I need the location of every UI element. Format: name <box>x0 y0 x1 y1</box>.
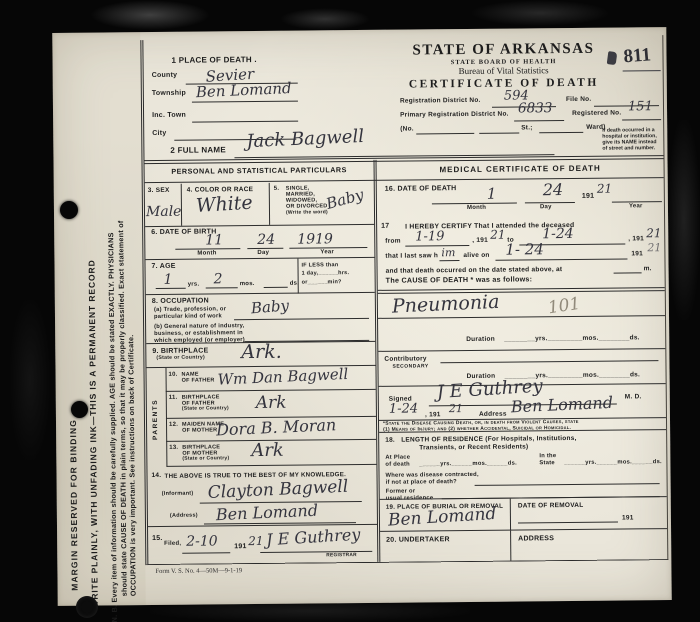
hospital-note: If death occurred in a hospital or insti… <box>602 127 662 152</box>
birthplace-value: Ark. <box>241 341 282 363</box>
file-no-label: File No. <box>566 96 592 104</box>
dob-month-caption: Month <box>197 250 216 257</box>
row-date-of-death: 16. DATE OF DEATH 1 24 191 21 Month Day … <box>377 179 664 220</box>
sign-year-script: 21 <box>449 402 463 415</box>
form-header: 1 PLACE OF DEATH . County Sevier Townshi… <box>143 35 663 160</box>
address-label: Address <box>479 411 507 419</box>
pencil-annotation: 101 <box>547 294 582 319</box>
age-mos-caption: mos. <box>240 281 255 288</box>
marital-hint: (Write the word) <box>286 210 328 216</box>
background-smudge <box>668 120 700 320</box>
father-name-line2: OF FATHER <box>182 377 215 384</box>
inc-town-label: Inc. Town <box>152 112 186 120</box>
hole-punch <box>60 201 78 219</box>
burial-divider <box>510 499 511 531</box>
row-mother-birthplace: 13. BIRTHPLACE OF MOTHER (State or Count… <box>166 440 376 467</box>
age-mos-line <box>206 287 238 288</box>
hole-punch <box>76 596 98 618</box>
from-year-script: 21 <box>490 228 505 242</box>
at-place-line2: of death <box>385 462 410 469</box>
removal-date-line <box>518 522 618 524</box>
background-smudge <box>90 0 210 30</box>
sex-label: 3. SEX <box>148 187 170 195</box>
background-smudge <box>470 0 610 26</box>
residence-label2: Transients, or Recent Residents) <box>419 443 528 452</box>
township-label: Township <box>152 90 186 98</box>
mother-bp-value: Ark <box>251 440 284 461</box>
township-line <box>192 101 298 103</box>
background-smudge <box>280 8 370 30</box>
alive-value: 1- 24 <box>505 240 544 258</box>
full-name-label: 2 FULL NAME <box>170 145 226 155</box>
form-number-line: Form V. S. No. 4—50M—9-1-19 <box>155 567 242 575</box>
binding-margin: MARGIN RESERVED FOR BINDING WRITE PLAINL… <box>52 32 145 606</box>
age-divider <box>297 259 298 294</box>
undertaker-label: 20. UNDERTAKER <box>386 536 450 545</box>
primary-district-line <box>514 120 564 121</box>
birthplace-hint: (State or Country) <box>156 356 205 362</box>
row-undertaker: 20. UNDERTAKER ADDRESS <box>380 529 667 562</box>
registrar-caption: REGISTRAR <box>326 553 357 559</box>
dod-year-script: 21 <box>597 182 612 196</box>
removal-year-printed: 191 <box>622 514 634 522</box>
in-state-line2: State <box>539 460 555 467</box>
in-state-fields: ______yrs.______mos.______ds. <box>564 459 662 467</box>
row-age: 7. AGE 1 yrs. 2 mos. ds. IF LESS than 1 … <box>145 258 374 295</box>
informant-address-value: Ben Lomand <box>216 501 319 525</box>
dod-month-value: 1 <box>487 185 497 203</box>
age-yrs-caption: yrs. <box>188 282 200 289</box>
street-no-line <box>416 133 474 135</box>
age-ds-line <box>264 287 288 288</box>
contracted-line2: if not at place of death? <box>386 479 457 486</box>
dob-year-value: 1919 <box>297 231 333 247</box>
age-yrs-value: 1 <box>164 272 173 288</box>
row-residence: 18. LENGTH OF RESIDENCE (For Hospitals, … <box>379 429 667 500</box>
row-sex-race-marital: 3. SEX Male 4. COLOR OR RACE White 5. SI… <box>145 182 374 227</box>
informant-address-hint: (Address) <box>170 513 198 520</box>
undertaker-address-header: ADDRESS <box>518 535 554 543</box>
dod-year-caption: Year <box>629 203 643 210</box>
contracted-line1: Where was disease contracted, <box>386 472 479 480</box>
cause-value: Pneumonia <box>391 291 499 318</box>
alive-line <box>495 258 627 260</box>
dob-year-caption: Year <box>320 249 334 256</box>
county-label: County <box>152 72 178 80</box>
informant-hint: (Informant) <box>162 491 194 498</box>
filed-date-value: 2-10 <box>186 533 218 549</box>
dob-month-value: 11 <box>205 232 223 248</box>
if-less-line2: 1 day,______hrs. <box>302 270 350 277</box>
sign-year-printed: , 191 <box>425 411 441 419</box>
race-value: White <box>195 192 253 217</box>
if-less-line1: IF LESS than <box>301 262 338 269</box>
double-rule <box>378 287 665 294</box>
row-burial: 19. PLACE OF BURIAL OR REMOVAL Ben Loman… <box>380 497 667 532</box>
ward-line <box>539 132 583 133</box>
row-certify: 17 I HEREBY CERTIFY That I attended the … <box>377 217 665 284</box>
certify-number: 17 <box>381 223 389 231</box>
residence-number: 18. <box>385 437 395 445</box>
dob-day-caption: Day <box>257 250 269 257</box>
from-value: 1-19 <box>415 229 444 244</box>
father-bp-value: Ark <box>256 393 287 413</box>
date-of-removal-label: DATE OF REMOVAL <box>518 502 584 510</box>
if-less-line3: or______min? <box>302 279 342 286</box>
father-bp-hint: (State or Country) <box>182 406 229 412</box>
registration-district-label: Registration District No. <box>400 97 481 105</box>
md-label: M. D. <box>625 393 642 401</box>
occupation-a-line2: particular kind of work <box>154 313 222 320</box>
sex-value: Male <box>146 204 182 220</box>
undertaker-divider <box>510 531 511 561</box>
marital-number: 5. <box>274 186 280 193</box>
street-name-line <box>479 132 519 133</box>
last-saw-label: that I last saw h <box>385 252 438 260</box>
medical-section-title: MEDICAL CERTIFICATE OF DEATH <box>377 163 664 175</box>
mother-name-value: Dora B. Moran <box>216 415 337 439</box>
to-year-printed: , 191 <box>628 235 644 243</box>
age-yrs-line <box>156 288 186 289</box>
dod-year-printed: 191 <box>582 193 595 201</box>
from-line <box>405 245 469 247</box>
rule-line <box>378 348 665 352</box>
dod-day-caption: Day <box>540 204 552 211</box>
margin-nb-note: N. B. Every item of information should b… <box>106 220 138 622</box>
full-name-value: Jack Bagwell <box>246 126 365 152</box>
alive-year-script: 21 <box>647 241 661 254</box>
secondary-label: SECONDARY <box>392 364 428 370</box>
former-line1: Former or <box>386 488 416 495</box>
marital-cell: 5. SINGLE, MARRIED, WIDOWED, OR DIVORCED… <box>270 182 374 225</box>
in-state-line1: In the <box>539 453 556 460</box>
row-mother-name: 12. MAIDEN NAME OF MOTHER Dora B. Moran <box>166 417 376 442</box>
row-informant: 14. THE ABOVE IS TRUE TO THE BEST OF MY … <box>147 465 377 527</box>
place-of-death-label: 1 PLACE OF DEATH . <box>171 55 256 65</box>
occupation-label: 8. OCCUPATION <box>152 297 209 306</box>
father-number: 10. <box>169 372 178 379</box>
meridiem-label: m. <box>644 265 652 273</box>
row-father-birthplace: 11. BIRTHPLACE OF FATHER (State or Count… <box>166 390 376 419</box>
last-saw-line <box>439 260 459 261</box>
from-label: from <box>385 238 401 246</box>
registered-no-value: 151 <box>628 99 653 114</box>
to-year-script: 21 <box>646 226 661 240</box>
mother-number: 12. <box>169 422 178 429</box>
primary-district-label: Primary Registration District No. <box>400 111 509 120</box>
dod-day-value: 24 <box>543 180 564 199</box>
street-no-label: (No. <box>400 125 414 133</box>
row-filed: 15. Filed, 2-10 191 21 J E Guthrey REGIS… <box>148 525 377 564</box>
father-bp-number: 11. <box>169 395 178 402</box>
parents-label: PARENTS <box>152 399 160 440</box>
mother-bp-number: 13. <box>169 445 178 452</box>
filed-year-script: 21 <box>248 534 263 548</box>
marital-value: Baby <box>324 185 365 213</box>
race-cell: 4. COLOR OR RACE White <box>182 183 270 226</box>
informant-value: Clayton Bagwell <box>207 477 348 503</box>
stamp-underline <box>623 70 661 71</box>
contributory-label: Contributory <box>384 355 426 363</box>
row-date-of-birth: 6. DATE OF BIRTH 11 24 1919 Month Day Ye… <box>145 225 374 260</box>
from-year-printed: , 191 <box>472 237 488 245</box>
primary-district-value: 6833 <box>518 100 553 116</box>
sex-cell: 3. SEX Male <box>145 184 182 226</box>
duration-label: Duration <box>466 336 495 344</box>
truth-number: 14. <box>151 472 161 480</box>
filed-date-line <box>182 552 230 553</box>
filed-number: 15. <box>152 535 163 543</box>
father-name-value: Wm Dan Bagwell <box>217 365 348 389</box>
dod-month-caption: Month <box>467 205 486 212</box>
street-label: St.; <box>521 124 533 132</box>
hole-punch <box>71 401 88 418</box>
dob-day-value: 24 <box>257 232 275 248</box>
contracted-line <box>475 483 660 486</box>
inc-town-line <box>192 121 298 123</box>
personal-section-title: PERSONAL AND STATISTICAL PARTICULARS <box>145 166 374 176</box>
dod-label: 16. DATE OF DEATH <box>385 185 457 194</box>
certificate-form: 1 PLACE OF DEATH . County Sevier Townshi… <box>140 35 668 565</box>
occupation-a-line <box>234 318 369 320</box>
at-place-line1: At Place <box>385 455 410 462</box>
dob-day-line <box>247 248 283 249</box>
signer-address-value: Ben Lomand <box>510 393 613 417</box>
margin-permanent-record-text: WRITE PLAINLY, WITH UNFADING INK—THIS IS… <box>86 259 99 608</box>
to-value: 1-24 <box>542 226 574 242</box>
age-label: 7. AGE <box>151 263 175 271</box>
row-father-name: 10. NAME OF FATHER Wm Dan Bagwell <box>165 366 375 392</box>
death-certificate-document: MARGIN RESERVED FOR BINDING WRITE PLAINL… <box>52 27 671 606</box>
row-occupation: 8. OCCUPATION (a) Trade, profession, or … <box>146 293 375 344</box>
him-scribble: im <box>441 246 455 259</box>
city-label: City <box>152 130 166 138</box>
filed-year-printed: 191 <box>234 543 247 551</box>
cause-block: Pneumonia 101 Duration ________yrs._____… <box>378 281 666 432</box>
residence-label1: LENGTH OF RESIDENCE (For Hospitals, Inst… <box>401 435 577 444</box>
bureau-line: Bureau of Vital Statistics <box>384 64 624 76</box>
certificate-number-stamp: 811 <box>623 44 652 68</box>
age-mos-value: 2 <box>214 271 223 287</box>
filed-label: Filed, <box>164 541 181 548</box>
sign-date-value: 1-24 <box>389 401 418 416</box>
stamp-ink-mark <box>607 51 618 65</box>
township-value: Ben Lomand <box>195 79 291 101</box>
duration-fields: ________yrs._________mos.________ds. <box>504 334 640 343</box>
contributory-line <box>440 360 658 363</box>
margin-binding-text: MARGIN RESERVED FOR BINDING <box>68 419 80 591</box>
alive-year-printed: 191 <box>631 250 643 258</box>
registered-no-line <box>622 119 661 120</box>
time-line <box>614 272 642 273</box>
registered-no-label: Registered No. <box>572 110 621 118</box>
at-place-fields: ______yrs.______mos.______ds. <box>419 461 517 469</box>
registrar-signature: J E Guthrey <box>266 525 361 550</box>
mother-bp-hint: (State or Country) <box>182 456 229 462</box>
mother-name-line2: OF MOTHER <box>182 427 217 434</box>
occupation-a-value: Baby <box>250 296 289 317</box>
alive-on-label: alive on <box>463 252 489 260</box>
background-smudge <box>10 300 50 460</box>
